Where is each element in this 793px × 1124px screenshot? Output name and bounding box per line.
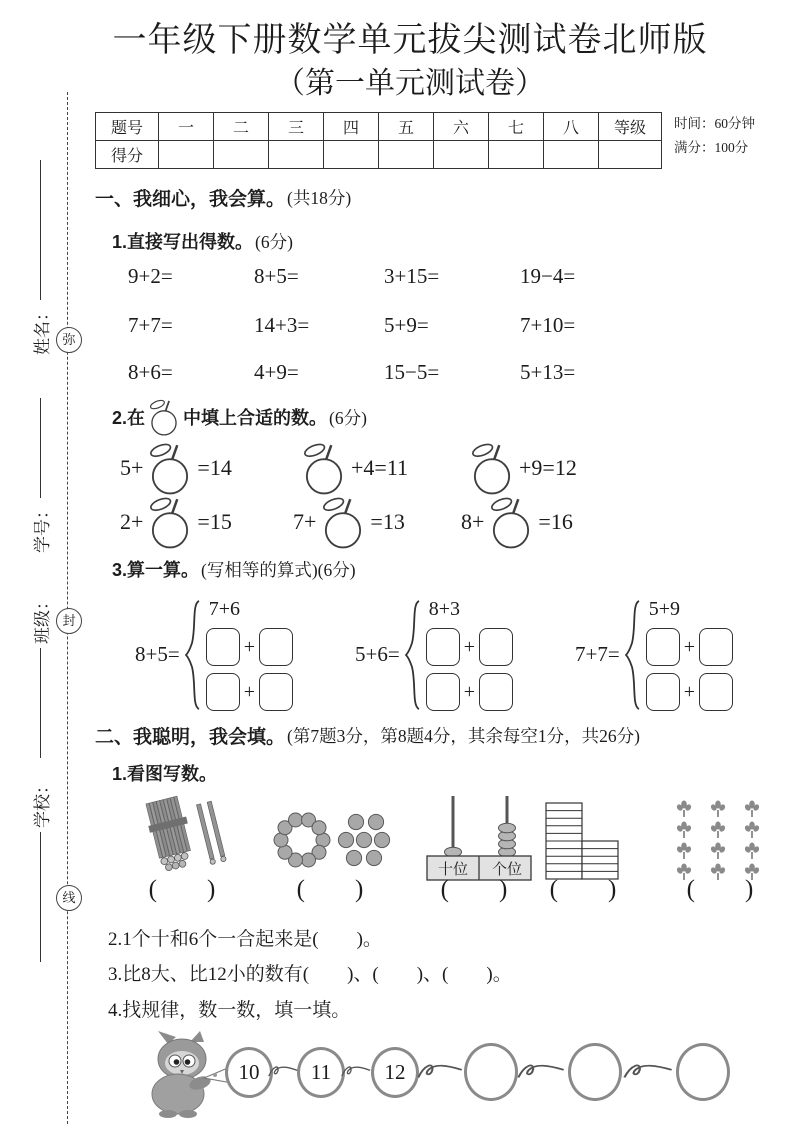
score-header-cell: 二 — [214, 113, 269, 141]
equation: 4+9= — [254, 360, 299, 385]
answer-box — [426, 673, 460, 711]
chain-circle-empty — [568, 1043, 622, 1101]
score-blank-cell — [159, 141, 214, 169]
chain-circle-empty — [464, 1043, 518, 1101]
student-id-label: 学号： — [28, 502, 53, 553]
group-lhs: 7+7= — [575, 642, 620, 667]
chain-link-squiggle — [268, 1060, 298, 1084]
apple-equation: 7+ =13 — [293, 495, 405, 549]
school-blank-line — [39, 832, 41, 962]
chain-link-squiggle — [623, 1060, 673, 1084]
apple-equation: +9=12 — [465, 441, 577, 495]
equation: 5+13= — [520, 360, 575, 385]
score-table-header-row: 题号 一 二 三 四 五 六 七 八 等级 — [96, 113, 662, 141]
equation: 8+5= — [254, 264, 299, 289]
q2-1-label: 1.看图写数。 — [112, 760, 217, 786]
score-blank-cell — [214, 141, 269, 169]
seal-char-xian: 线 — [56, 885, 82, 911]
equation: 9+2= — [128, 264, 173, 289]
chain-circle: 10 — [225, 1047, 273, 1098]
section2-heading: 二、我聪明，我会填。 (第7题3分，第8题4分，其余每空1分，共26分) — [95, 722, 640, 749]
answer-box-row: + — [646, 628, 733, 666]
equation: 7+10= — [520, 313, 575, 338]
seal-char-feng: 封 — [56, 608, 82, 634]
score-header-cell: 题号 — [96, 113, 159, 141]
class-label: 班级： — [28, 593, 53, 644]
answer-box — [699, 628, 733, 666]
school-field: 学校： — [29, 762, 51, 962]
group-lhs: 8+5= — [135, 642, 180, 667]
answer-box — [479, 628, 513, 666]
apple-icon — [468, 441, 516, 495]
section1-heading: 一、我细心，我会算。 (共18分) — [95, 184, 351, 211]
given-expression: 7+6 — [209, 598, 293, 621]
name-label: 姓名： — [28, 304, 53, 355]
q2-3-text: 3.比8大、比12小的数有( )、( )、( )。 — [108, 959, 512, 986]
equation: 19−4= — [520, 264, 575, 289]
picture-answer-blank: ( ) — [441, 876, 508, 904]
beads-image — [270, 800, 395, 878]
school-label: 学校： — [28, 777, 53, 828]
abacus-image: 十位 个位 — [423, 792, 535, 884]
equation: 5+9= — [384, 313, 429, 338]
apple-icon — [146, 441, 194, 495]
apple-icon — [300, 441, 348, 495]
equation: 7+7= — [128, 313, 173, 338]
answer-box — [479, 673, 513, 711]
given-expression: 8+3 — [429, 598, 513, 621]
full-score: 满分：100分 — [674, 136, 755, 160]
picture-answer-blank: ( ) — [687, 876, 754, 904]
q1-3-label: 3.算一算。 (写相等的算式)(6分) — [112, 556, 356, 582]
answer-box — [206, 628, 240, 666]
brace-icon — [185, 599, 201, 711]
student-id-field: 学号： — [29, 383, 51, 553]
apple-equation: 2+ =15 — [120, 495, 232, 549]
equation: 14+3= — [254, 313, 309, 338]
time-score-info: 时间：60分钟 满分：100分 — [674, 112, 755, 161]
answer-box-row: + — [206, 628, 293, 666]
equation: 8+6= — [128, 360, 173, 385]
page-subtitle: （第一单元测试卷） — [60, 58, 760, 102]
apple-equation: 8+ =16 — [461, 495, 573, 549]
picture-answer-blank: ( ) — [149, 876, 216, 904]
student-id-blank-line — [39, 398, 41, 498]
flowers-image — [666, 798, 768, 884]
equation: 15−5= — [384, 360, 439, 385]
answer-box — [699, 673, 733, 711]
apple-icon — [147, 398, 181, 436]
picture-answer-blank: ( ) — [550, 876, 617, 904]
chain-circle: 11 — [297, 1047, 345, 1098]
chain-link-squiggle — [417, 1060, 463, 1084]
answer-box — [259, 673, 293, 711]
chain-link-squiggle — [341, 1060, 371, 1084]
score-header-cell: 四 — [324, 113, 379, 141]
score-table-score-row: 得分 — [96, 141, 662, 169]
chain-link-squiggle — [517, 1060, 565, 1084]
score-table: 题号 一 二 三 四 五 六 七 八 等级 得分 — [95, 112, 662, 169]
test-paper-page: 姓名： 学号： 班级： 学校： 弥 封 线 一年级下册数学单元拔尖测试卷北师版 … — [0, 0, 793, 1124]
score-header-cell: 三 — [269, 113, 324, 141]
apple-icon — [319, 495, 367, 549]
group-lhs: 5+6= — [355, 642, 400, 667]
score-blank-cell — [379, 141, 434, 169]
given-expression: 5+9 — [649, 598, 733, 621]
answer-box — [426, 628, 460, 666]
apple-icon — [487, 495, 535, 549]
answer-box — [259, 628, 293, 666]
decompose-group: 5+6= 8+3 + + — [355, 598, 513, 711]
time-limit: 时间：60分钟 — [674, 112, 755, 136]
answer-box-row: + — [646, 673, 733, 711]
sticks-bundle-image — [138, 794, 230, 880]
apple-icon — [146, 495, 194, 549]
answer-box — [646, 628, 680, 666]
score-blank-cell — [544, 141, 599, 169]
square-stack-image — [543, 800, 621, 882]
class-field: 班级： — [29, 578, 51, 758]
equation: 3+15= — [384, 264, 439, 289]
page-title: 一年级下册数学单元拔尖测试卷北师版 — [60, 12, 760, 61]
apple-equation: +4=11 — [297, 441, 408, 495]
seal-char-mi: 弥 — [56, 327, 82, 353]
score-header-cell: 六 — [434, 113, 489, 141]
answer-box — [206, 673, 240, 711]
name-field: 姓名： — [29, 145, 51, 355]
score-header-cell: 等级 — [599, 113, 662, 141]
score-header-cell: 一 — [159, 113, 214, 141]
score-blank-cell — [599, 141, 662, 169]
q2-4-text: 4.找规律，数一数，填一填。 — [108, 995, 350, 1022]
answer-box — [646, 673, 680, 711]
chain-circle-empty — [676, 1043, 730, 1101]
score-blank-cell — [489, 141, 544, 169]
answer-box-row: + — [206, 673, 293, 711]
decompose-group: 8+5= 7+6 + + — [135, 598, 293, 711]
answer-box-row: + — [426, 673, 513, 711]
name-blank-line — [39, 160, 41, 300]
score-blank-cell — [269, 141, 324, 169]
apple-equation: 5+ =14 — [120, 441, 232, 495]
score-header-cell: 八 — [544, 113, 599, 141]
picture-answer-blank: ( ) — [297, 876, 364, 904]
q1-1-label: 1.直接写出得数。 (6分) — [112, 228, 293, 254]
brace-icon — [625, 599, 641, 711]
score-row-label: 得分 — [96, 141, 159, 169]
q1-2-label: 2.在 中填上合适的数。 (6分) — [112, 398, 367, 436]
q2-2-text: 2.1个十和6个一合起来是( )。 — [108, 924, 382, 951]
score-header-cell: 五 — [379, 113, 434, 141]
decompose-group: 7+7= 5+9 + + — [575, 598, 733, 711]
brace-icon — [405, 599, 421, 711]
score-blank-cell — [434, 141, 489, 169]
chain-circle: 12 — [371, 1047, 419, 1098]
score-header-cell: 七 — [489, 113, 544, 141]
class-blank-line — [39, 648, 41, 758]
answer-box-row: + — [426, 628, 513, 666]
score-blank-cell — [324, 141, 379, 169]
